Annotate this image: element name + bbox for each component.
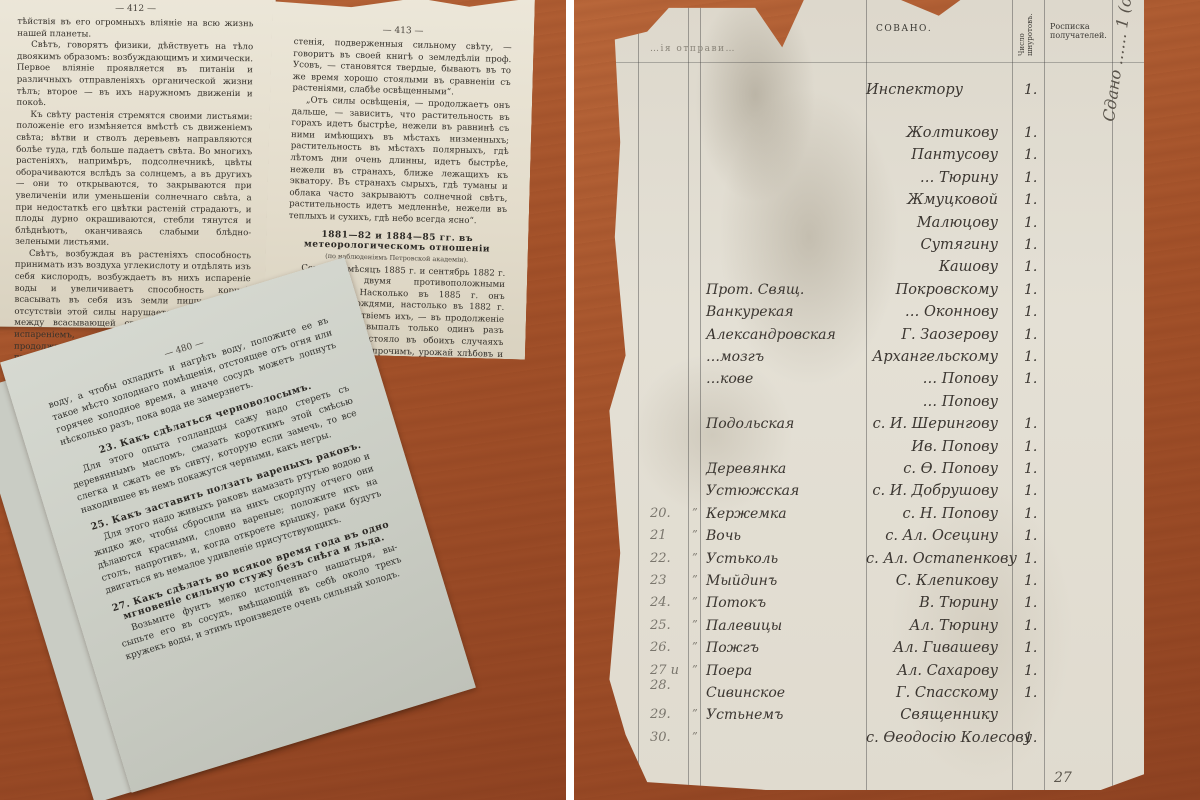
recipient: … Попову — [866, 394, 998, 410]
recipient: Пантусову — [866, 147, 998, 163]
register-row: Подольскаяс. И. Шерингову1. — [604, 416, 1144, 440]
parish-name: Деревянка — [706, 461, 786, 477]
row-number: 29. — [650, 707, 690, 722]
header-rule — [604, 62, 1144, 63]
ditto-mark: ” — [692, 663, 698, 676]
row-number: 24. — [650, 595, 690, 610]
row-number: 21 — [650, 528, 690, 543]
register-row: Ив. Попову1. — [604, 439, 1144, 463]
left-photo: — 412 — тѣйствія въ его огромныхъ вліяні… — [0, 0, 566, 800]
count: 1. — [1024, 215, 1037, 231]
recipient: … Тюрину — [866, 170, 998, 186]
parish-name: Ванкурекая — [706, 304, 794, 320]
ditto-mark: ” — [692, 595, 698, 608]
parish-name: Мыйдинъ — [706, 573, 777, 589]
count: 1. — [1024, 640, 1037, 656]
register-row: … Попову — [604, 394, 1144, 418]
row-number: 25. — [650, 618, 690, 633]
recipient: Ив. Попову — [866, 439, 998, 455]
page-number: — 413 — — [294, 23, 512, 39]
row-number: 30. — [650, 730, 690, 745]
register-row: … Тюрину1. — [604, 170, 1144, 194]
page-number: — 412 — — [18, 3, 254, 15]
register-row: Устюжскаяс. И. Добрушову1. — [604, 483, 1144, 507]
parish-name: Пожгъ — [706, 640, 759, 656]
count: 1. — [1024, 147, 1037, 163]
count: 1. — [1024, 618, 1037, 634]
register-row: 24.”ПотокъВ. Тюрину1. — [604, 595, 1144, 619]
recipient: с. И. Шерингову — [866, 416, 998, 432]
count: 1. — [1024, 685, 1037, 701]
count: 1. — [1024, 663, 1037, 679]
handwritten-register: …ія отправи… СОВАНО. Число шнуро­товъ. Р… — [604, 0, 1144, 790]
column-header-signature: Росписка получателей. — [1050, 22, 1114, 40]
register-row: 30.”с. Ѳеодосію Колесову1. — [604, 730, 1144, 754]
ditto-mark: ” — [692, 730, 698, 743]
ditto-mark: ” — [692, 707, 698, 720]
recipient: Покровскому — [866, 282, 998, 298]
register-row: 23”МыйдинъС. Клепикову1. — [604, 573, 1144, 597]
register-row: 20.”Кержемкас. Н. Попову1. — [604, 506, 1144, 530]
register-row: Инспектору 1. — [604, 82, 1144, 106]
count: 1. — [1024, 573, 1037, 589]
recipient: Ал. Гивашеву — [866, 640, 998, 656]
parish-name: Устюжская — [706, 483, 799, 499]
register-row: Прот. Свящ.Покровскому1. — [604, 282, 1144, 306]
recipient: с. Ѳ. Попову — [866, 461, 998, 477]
count: 1. — [1024, 192, 1037, 208]
parish-name: Вочь — [706, 528, 741, 544]
register-row: Пантусову1. — [604, 147, 1144, 171]
register-row: …мозгъАрхангельскому1. — [604, 349, 1144, 373]
register-row: 27 и 28.”ПоераАл. Сахарову1. — [604, 663, 1144, 687]
parish-name: …мозгъ — [706, 349, 764, 365]
register-row: Жмуцковой1. — [604, 192, 1144, 216]
count: 1. — [1024, 237, 1037, 253]
paragraph: стенія, подверженныя сильному свѣту, — г… — [292, 37, 512, 101]
count: 1. — [1024, 461, 1037, 477]
register-row: …кове… Попову1. — [604, 371, 1144, 395]
recipient: С. Клепикову — [866, 573, 998, 589]
parish-name: Палевицы — [706, 618, 782, 634]
count: 1. — [1024, 82, 1037, 98]
recipient: … Оконнову — [866, 304, 998, 320]
recipient: Священнику — [866, 707, 998, 723]
recipient: Сутягину — [866, 237, 998, 253]
register-row: Малюцову1. — [604, 215, 1144, 239]
count: 1. — [1024, 416, 1037, 432]
count: 1. — [1024, 327, 1037, 343]
register-row: Кашову1. — [604, 259, 1144, 283]
register-row: 29.”УстьнемъСвященнику — [604, 707, 1144, 731]
parish-name: Александровская — [706, 327, 836, 343]
count: 1. — [1024, 125, 1037, 141]
register-row: АлександровскаяГ. Заозерову1. — [604, 327, 1144, 351]
parish-name: Сивинское — [706, 685, 785, 701]
paragraph: Къ свѣту растенія стремятся своими листь… — [15, 110, 252, 252]
parish-name: Кержемка — [706, 506, 787, 522]
column-header-faded: …ія отправи… — [650, 44, 736, 54]
register-row: Деревянкас. Ѳ. Попову1. — [604, 461, 1144, 485]
count: 1. — [1024, 595, 1037, 611]
paragraph: тѣйствія въ его огромныхъ вліяніе на всю… — [17, 17, 253, 43]
ditto-mark: ” — [692, 573, 698, 586]
recipient: с. Ѳеодосію Колесову — [866, 730, 998, 746]
recipient: Жолтикову — [866, 125, 998, 141]
recipient: Ал. Тюрину — [866, 618, 998, 634]
register-row: СивинскоеГ. Спасскому1. — [604, 685, 1144, 709]
recipient: Г. Заозерову — [866, 327, 998, 343]
parish-name: Устьколь — [706, 551, 778, 567]
recipient: Ал. Сахарову — [866, 663, 998, 679]
register-row: Сутягину1. — [604, 237, 1144, 261]
register-row: Жолтикову1. — [604, 125, 1144, 149]
count: 1. — [1024, 439, 1037, 455]
count: 1. — [1024, 506, 1037, 522]
count: 1. — [1024, 349, 1037, 365]
ditto-mark: ” — [692, 618, 698, 631]
recipient: с. Ал. Остапенкову — [866, 551, 998, 567]
row-number: 22. — [650, 551, 690, 566]
parish-name: Устьнемъ — [706, 707, 783, 723]
row-number: 23 — [650, 573, 690, 588]
count: 1. — [1024, 551, 1037, 567]
recipient: Архангельскому — [866, 349, 998, 365]
parish-name: Потокъ — [706, 595, 766, 611]
count: 1. — [1024, 259, 1037, 275]
register-row: 21”Вочьс. Ал. Осецину1. — [604, 528, 1144, 552]
right-photo: …ія отправи… СОВАНО. Число шнуро­товъ. Р… — [574, 0, 1200, 800]
parish-name: Прот. Свящ. — [706, 282, 804, 298]
photo-divider — [566, 0, 574, 800]
column-header-count: Число шнуро­товъ. — [1018, 10, 1034, 56]
parish-name: …кове — [706, 371, 753, 387]
count: 1. — [1024, 528, 1037, 544]
book-page-412: — 412 — тѣйствія въ его огромныхъ вліяні… — [0, 0, 276, 329]
row-number: 20. — [650, 506, 690, 521]
recipient: Жмуцковой — [866, 192, 998, 208]
column-header-middle: СОВАНО. — [876, 24, 932, 34]
recipient: Инспектору — [866, 82, 998, 98]
recipient: с. И. Добрушову — [866, 483, 998, 499]
ditto-mark: ” — [692, 551, 698, 564]
row-number: 26. — [650, 640, 690, 655]
ditto-mark: ” — [692, 528, 698, 541]
recipient: Малюцову — [866, 215, 998, 231]
recipient: с. Н. Попову — [866, 506, 998, 522]
count: 1. — [1024, 371, 1037, 387]
parish-name: Подольская — [706, 416, 794, 432]
register-row: 25.”ПалевицыАл. Тюрину1. — [604, 618, 1144, 642]
count: 1. — [1024, 282, 1037, 298]
ditto-mark: ” — [692, 506, 698, 519]
count: 1. — [1024, 730, 1037, 746]
recipient: … Попову — [866, 371, 998, 387]
recipient: Г. Спасскому — [866, 685, 998, 701]
register-row: 22.”Устькольс. Ал. Остапенкову1. — [604, 551, 1144, 575]
recipient: с. Ал. Осецину — [866, 528, 998, 544]
count: 1. — [1024, 483, 1037, 499]
register-row: 26.”ПожгъАл. Гивашеву1. — [604, 640, 1144, 664]
parish-name: Поера — [706, 663, 752, 679]
corner-number: 27 — [1054, 770, 1072, 786]
ditto-mark: ” — [692, 640, 698, 653]
recipient: Кашову — [866, 259, 998, 275]
recipient: В. Тюрину — [866, 595, 998, 611]
count: 1. — [1024, 170, 1037, 186]
paragraph: „Отъ силы освѣщенія, — продолжаетъ онъ д… — [289, 95, 510, 229]
register-row: Ванкурекая… Оконнову1. — [604, 304, 1144, 328]
count: 1. — [1024, 304, 1037, 320]
paragraph: Свѣтъ, говорятъ физики, дѣйствуетъ на тѣ… — [17, 40, 254, 112]
